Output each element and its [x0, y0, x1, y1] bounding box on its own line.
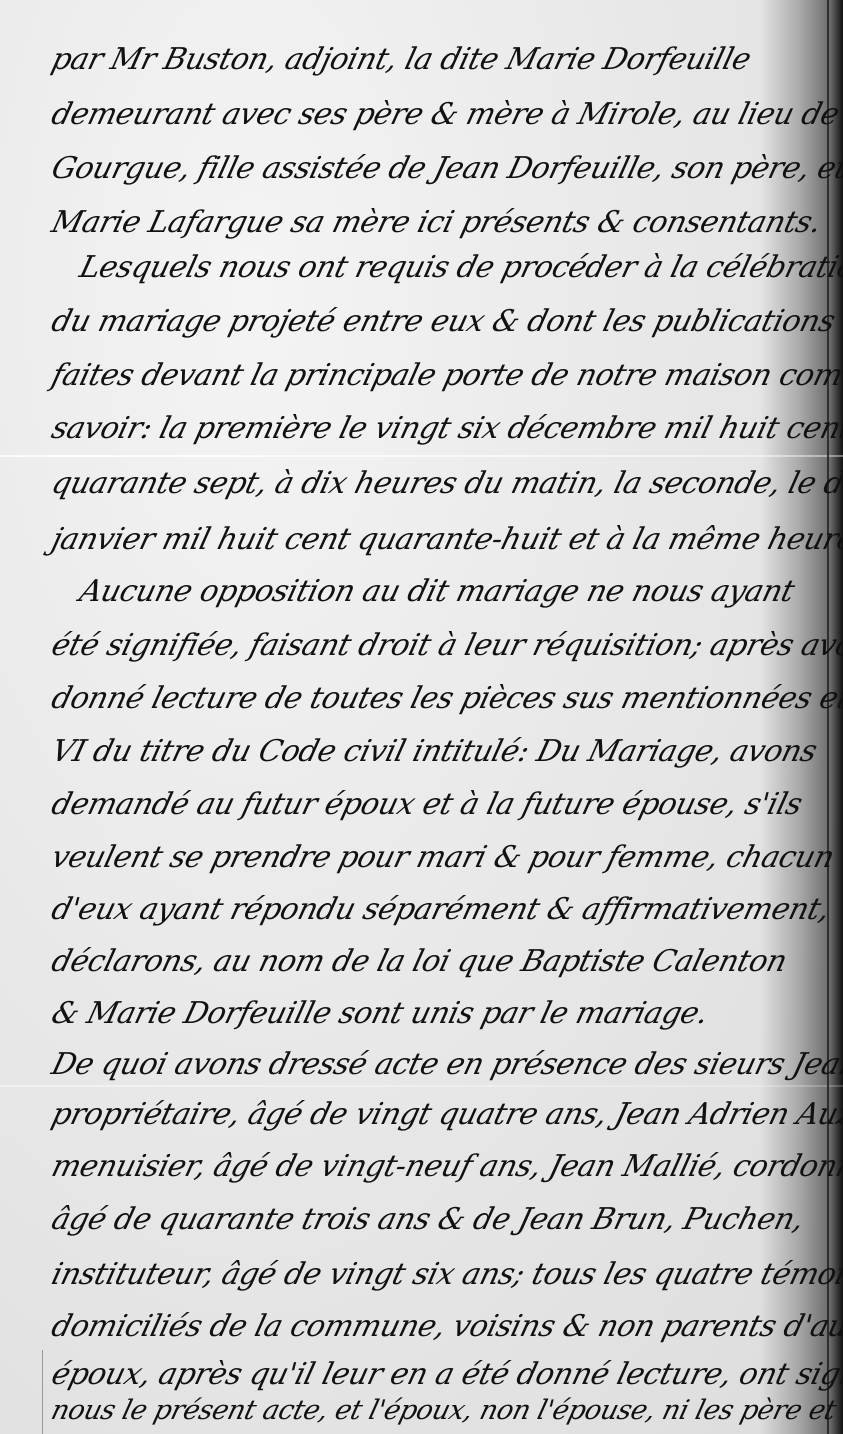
text-line: été signifiée, faisant droit à leur réqu… — [48, 628, 843, 663]
text-line: quarante sept, à dix heures du matin, la… — [48, 466, 843, 501]
text-line: du mariage projeté entre eux & dont les … — [48, 304, 843, 339]
text-line: instituteur, âgé de vingt six ans; tous … — [48, 1257, 843, 1292]
text-line: donné lecture de toutes les pièces sus m… — [48, 681, 843, 716]
text-line: domiciliés de la commune, voisins & non … — [48, 1309, 843, 1344]
text-line: Aucune opposition au dit mariage ne nous… — [76, 574, 798, 609]
text-line: demandé au futur époux et à la future ép… — [48, 787, 806, 822]
text-line: faites devant la principale porte de not… — [48, 358, 843, 393]
text-line: propriétaire, âgé de vingt quatre ans, J… — [48, 1097, 843, 1132]
paper-fold-line — [0, 1085, 843, 1087]
text-line: Lesquels nous ont requis de procéder à l… — [76, 250, 843, 285]
text-line: VI du titre du Code civil intitulé: Du M… — [48, 734, 820, 769]
text-line: par Mr Buston, adjoint, la dite Marie Do… — [48, 42, 754, 77]
text-line: demeurant avec ses père & mère à Mirole,… — [48, 97, 843, 132]
paper-fold-line — [0, 455, 843, 457]
text-line: savoir: la première le vingt six décembr… — [48, 411, 843, 446]
text-line: Marie Lafargue sa mère ici présents & co… — [48, 205, 825, 240]
page-edge — [827, 0, 829, 1434]
text-line: veulent se prendre pour mari & pour femm… — [48, 840, 838, 875]
text-line: déclarons, au nom de la loi que Baptiste… — [48, 944, 790, 979]
text-line: menuisier, âgé de vingt-neuf ans, Jean M… — [48, 1149, 843, 1184]
text-line: & Marie Dorfeuille sont unis par le mari… — [48, 996, 712, 1031]
margin-rule — [42, 1350, 43, 1434]
text-line: époux, après qu'il leur en a été donné l… — [48, 1357, 843, 1392]
text-line: âgé de quarante trois ans & de Jean Brun… — [48, 1202, 807, 1237]
text-line: d'eux ayant répondu séparément & affirma… — [48, 892, 833, 927]
document-page: par Mr Buston, adjoint, la dite Marie Do… — [0, 0, 843, 1434]
text-line: De quoi avons dressé acte en présence de… — [48, 1047, 843, 1082]
text-line: janvier mil huit cent quarante-huit et à… — [48, 522, 843, 557]
text-line: nous le présent acte, et l'époux, non l'… — [48, 1395, 843, 1426]
text-line: Gourgue, fille assistée de Jean Dorfeuil… — [48, 151, 843, 186]
